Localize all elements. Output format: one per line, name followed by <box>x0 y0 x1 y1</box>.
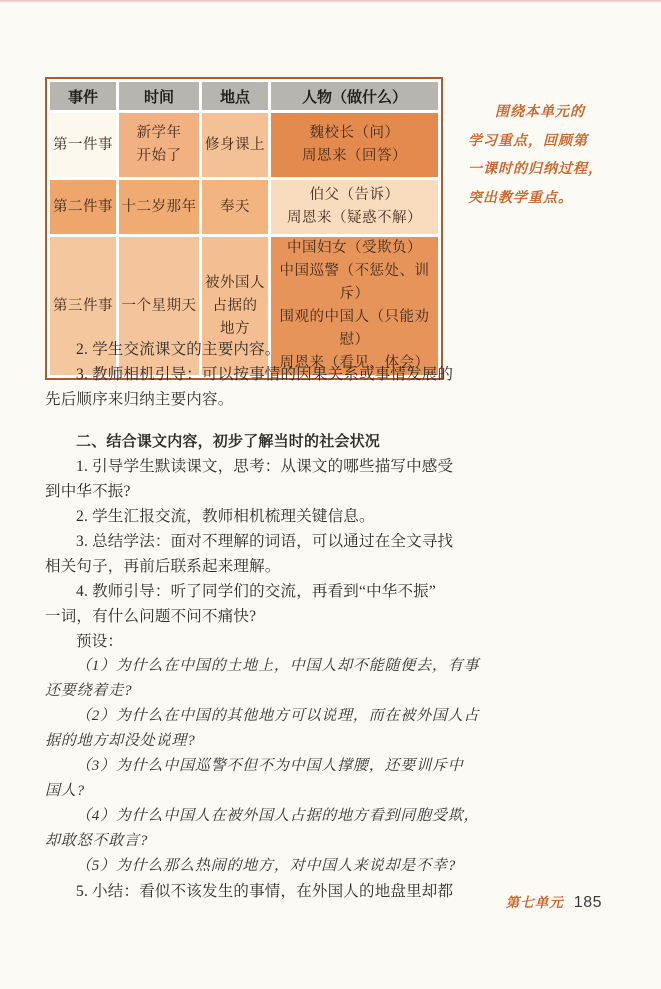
table-header-cell: 人物（做什么） <box>271 82 438 110</box>
scanned-textbook-page: 事件时间地点人物（做什么） 第一件事新学年开始了修身课上魏校长（问）周恩来（回答… <box>0 0 661 989</box>
table-cell-line: 周恩来（回答） <box>273 145 436 168</box>
body-text-line: 1. 引导学生默读课文，思考：从课文的哪些描写中感受 <box>45 454 485 479</box>
table-cell-line: 中国巡警（不惩处、训斥） <box>273 260 436 306</box>
body-text-line: 相关句子，再前后联系起来理解。 <box>45 554 485 579</box>
body-text-line: 还要绕着走? <box>45 679 485 704</box>
table-cell-line: 一个星期天 <box>121 295 197 318</box>
body-text-line: 一词，有什么问题不问不痛快? <box>45 604 485 629</box>
body-text-line: （2）为什么在中国的其他地方可以说理，而在被外国人占 <box>45 704 485 729</box>
table-cell-line: 奉天 <box>204 196 266 219</box>
table-cell: 新学年开始了 <box>119 113 199 177</box>
table-cell-line: 新学年 <box>121 122 197 145</box>
body-text-line: （1）为什么在中国的土地上，中国人却不能随便去，有事 <box>45 654 485 679</box>
table-cell: 奉天 <box>202 180 268 234</box>
body-text-line: （5）为什么那么热闹的地方，对中国人来说却是不幸? <box>45 854 485 879</box>
body-text-line: 先后顺序来归纳主要内容。 <box>45 387 485 412</box>
margin-annotation-line: 突出教学重点。 <box>468 185 620 214</box>
body-text-line: （4）为什么中国人在被外国人占据的地方看到同胞受欺， <box>45 804 485 829</box>
table-cell-line: 十二岁那年 <box>121 196 197 219</box>
table-row: 第二件事十二岁那年奉天伯父（告诉）周恩来（疑惑不解） <box>50 180 438 234</box>
table-cell: 修身课上 <box>202 113 268 177</box>
table-header-cell: 事件 <box>50 82 116 110</box>
margin-annotation-line: 围绕本单元的 <box>468 99 620 128</box>
table-header-cell: 时间 <box>119 82 199 110</box>
margin-annotation: 围绕本单元的学习重点，回顾第一课时的归纳过程，突出教学重点。 <box>468 99 620 213</box>
table-cell-line: 第三件事 <box>52 295 114 318</box>
margin-annotation-line: 一课时的归纳过程， <box>468 156 620 185</box>
table-cell-line: 开始了 <box>121 145 197 168</box>
body-text-line: 据的地方却没处说理? <box>45 729 485 754</box>
table-cell-line: 第二件事 <box>52 196 114 219</box>
body-text-line: 到中华不振? <box>45 479 485 504</box>
table-header-row: 事件时间地点人物（做什么） <box>50 82 438 110</box>
table-cell-line: 伯父（告诉） <box>273 184 436 207</box>
table-cell-line: 第一件事 <box>52 134 114 157</box>
table-cell-line: 修身课上 <box>204 134 266 157</box>
table-row: 第一件事新学年开始了修身课上魏校长（问）周恩来（回答） <box>50 113 438 177</box>
events-table-wrapper: 事件时间地点人物（做什么） 第一件事新学年开始了修身课上魏校长（问）周恩来（回答… <box>45 77 443 380</box>
section-heading-line: 二、结合课文内容，初步了解当时的社会状况 <box>45 429 485 454</box>
unit-label: 第七单元 <box>506 891 564 911</box>
table-cell: 魏校长（问）周恩来（回答） <box>271 113 438 177</box>
table-cell-line: 周恩来（疑惑不解） <box>273 207 436 230</box>
table-cell-line: 占据的 <box>204 295 266 318</box>
table-cell: 第一件事 <box>50 113 116 177</box>
table-cell: 伯父（告诉）周恩来（疑惑不解） <box>271 180 438 234</box>
body-text-line: 3. 教师相机引导：可以按事情的因果关系或事情发展的 <box>45 362 485 387</box>
page-top-edge <box>0 0 661 3</box>
body-text-line: 却敢怒不敢言? <box>45 829 485 854</box>
body-text-line: 2. 学生汇报交流，教师相机梳理关键信息。 <box>45 504 485 529</box>
body-text-line: 4. 教师引导：听了同学们的交流，再看到“中华不振” <box>45 579 485 604</box>
table-cell: 十二岁那年 <box>119 180 199 234</box>
events-table: 事件时间地点人物（做什么） 第一件事新学年开始了修身课上魏校长（问）周恩来（回答… <box>47 79 441 378</box>
body-text-line: 3. 总结学法：面对不理解的词语，可以通过在全文寻找 <box>45 529 485 554</box>
body-text-line: （3）为什么中国巡警不但不为中国人撑腰，还要训斥中 <box>45 754 485 779</box>
body-text-line: 预设： <box>45 629 485 654</box>
table-header-cell: 地点 <box>202 82 268 110</box>
body-text-line: 国人? <box>45 779 485 804</box>
table-cell: 第二件事 <box>50 180 116 234</box>
body-text-line: 2. 学生交流课文的主要内容。 <box>45 337 485 362</box>
table-cell-line: 魏校长（问） <box>273 122 436 145</box>
page-number: 185 <box>574 894 602 912</box>
table-cell-line: 被外国人 <box>204 272 266 295</box>
body-text-line: 5. 小结：看似不该发生的事情，在外国人的地盘里却都 <box>45 879 485 904</box>
margin-annotation-line: 学习重点，回顾第 <box>468 128 620 157</box>
table-cell-line: 中国妇女（受欺负） <box>273 237 436 260</box>
lesson-body-text: 2. 学生交流课文的主要内容。3. 教师相机引导：可以按事情的因果关系或事情发展… <box>45 337 485 904</box>
page-footer: 第七单元 185 <box>506 891 602 912</box>
